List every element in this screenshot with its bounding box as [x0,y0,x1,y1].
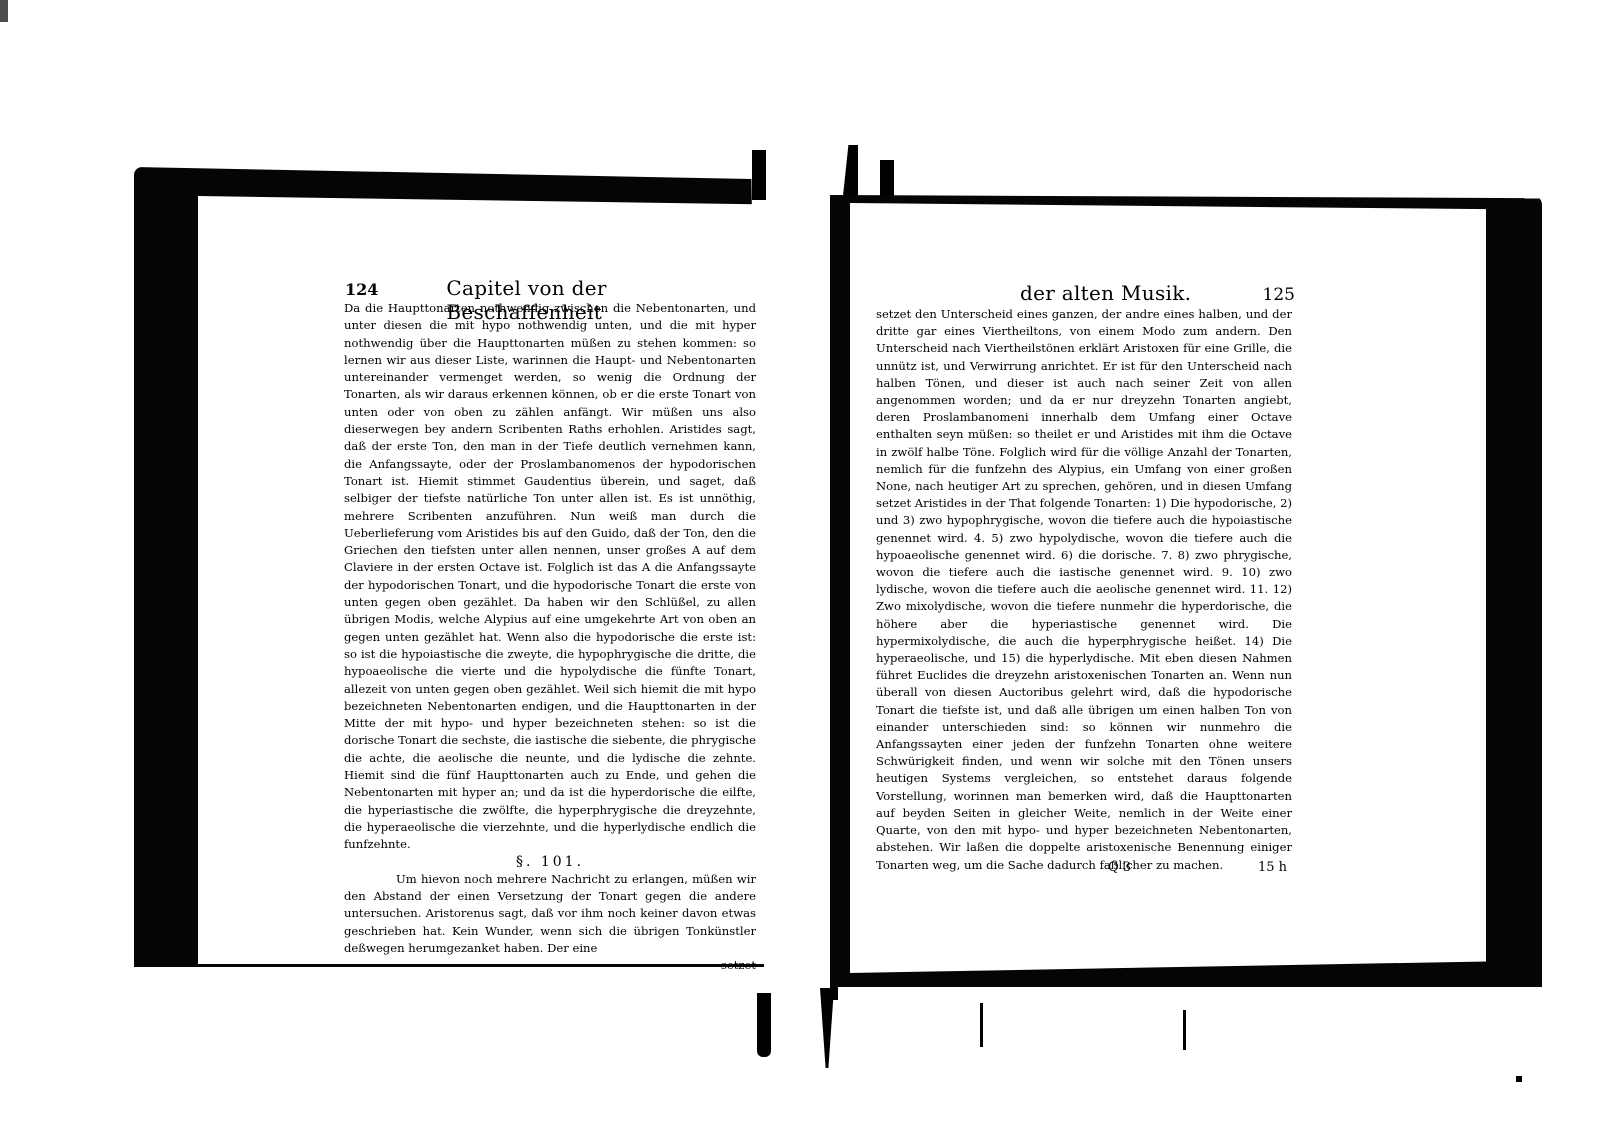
page-edge-tick [980,1003,983,1047]
section-heading: §. 101. [344,854,756,871]
right-page-header: der alten Musik. 125 [1020,281,1295,305]
binding-shadow [820,988,834,1068]
paragraph: Da die Haupttonarten nothwendig zwischen… [344,300,756,854]
binding-shadow [752,150,766,200]
footer-note: 15 h [1258,860,1287,875]
scan-speck [1516,1076,1522,1082]
left-page-body: Da die Haupttonarten nothwendig zwischen… [344,300,756,975]
scan-speck [0,0,8,22]
running-head: der alten Musik. [1020,281,1191,305]
signature-mark: Q 3 [1108,860,1131,875]
paragraph: setzet den Unterscheid eines ganzen, der… [876,306,1292,874]
binding-shadow [757,993,771,1057]
right-page-body: setzet den Unterscheid eines ganzen, der… [876,306,1292,874]
page-edge-tick [1183,1010,1186,1050]
catchword: setzet [344,957,756,974]
page-number: 125 [1263,285,1295,305]
paragraph: Um hievon noch mehrere Nachricht zu erla… [344,871,756,957]
page-number: 124 [345,280,378,299]
book-scan-spread: 124 Capitel von der Beschaffenheit Da di… [0,0,1600,1121]
